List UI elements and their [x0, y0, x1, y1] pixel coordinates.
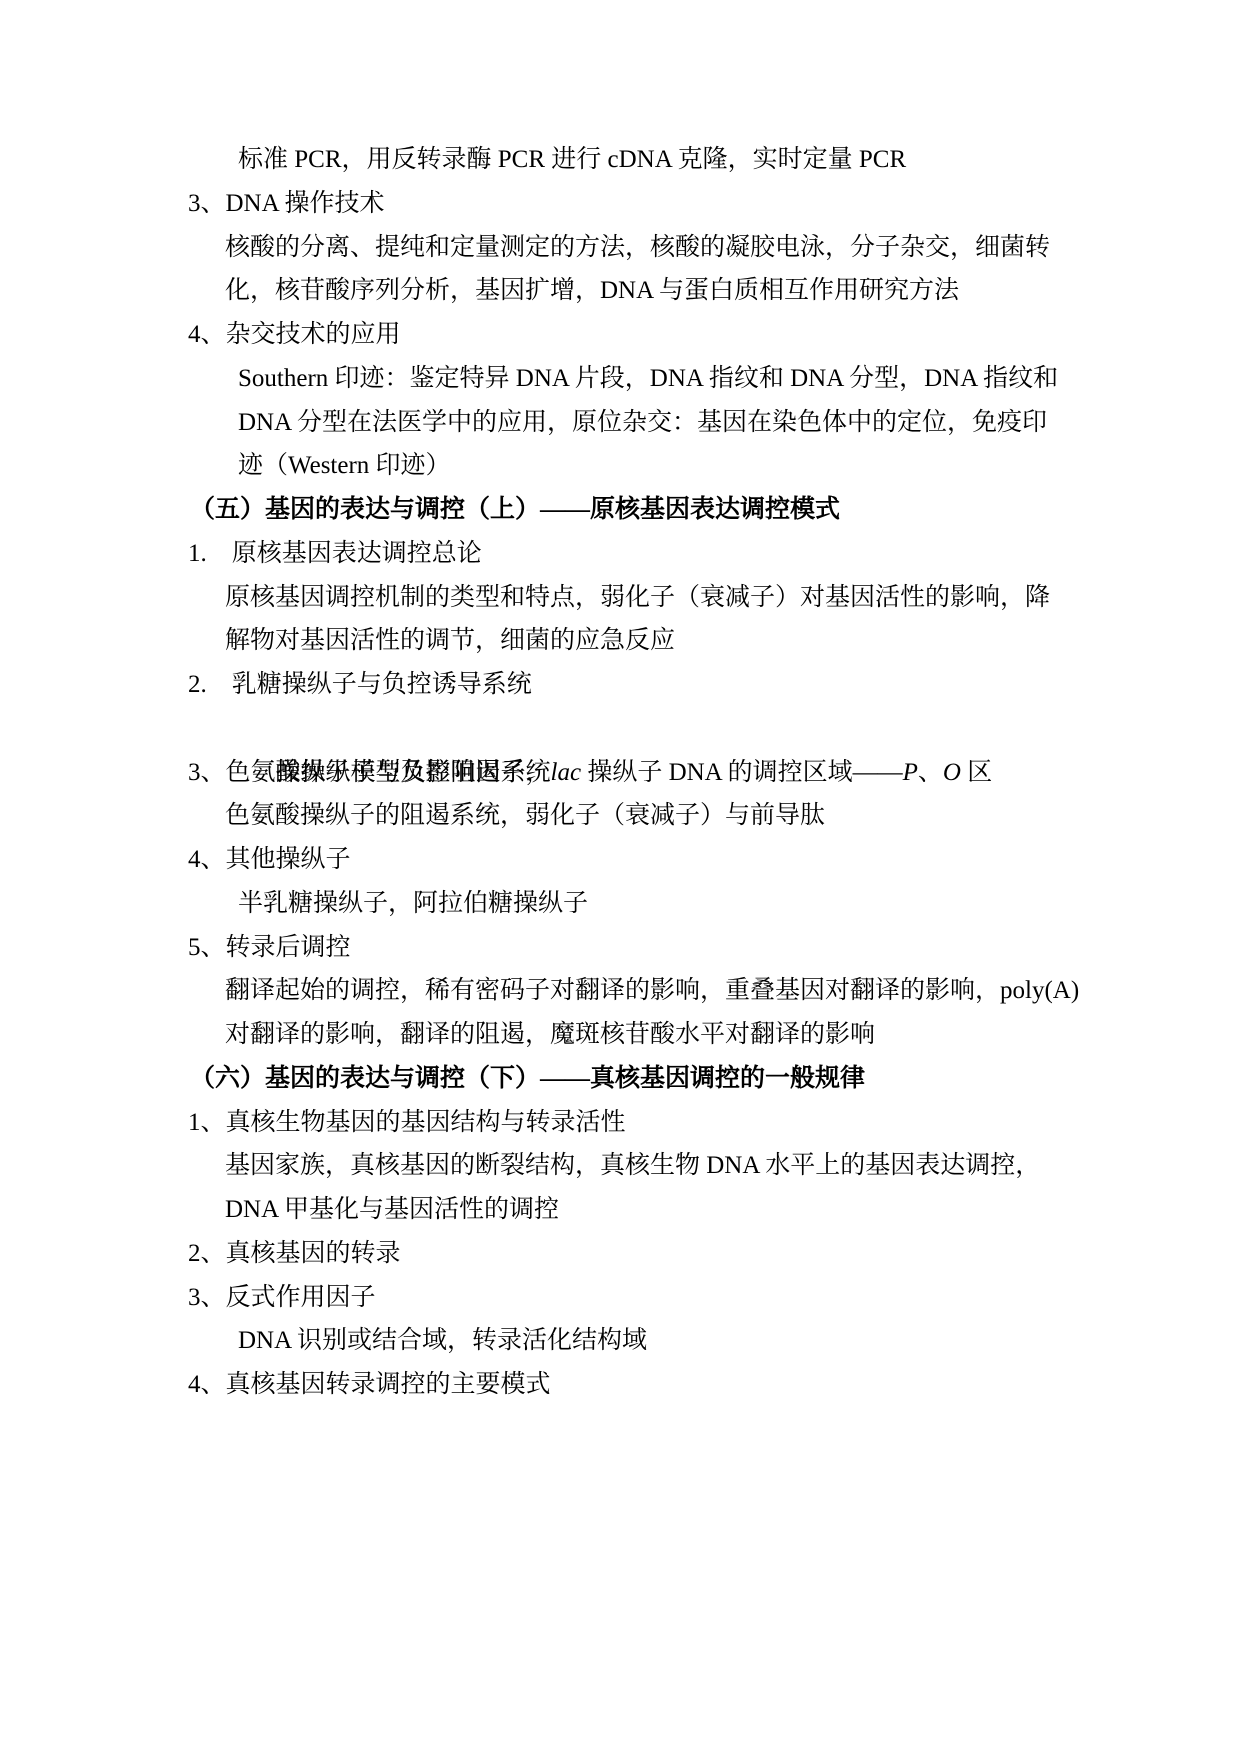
- outline-item: 3、DNA 操作技术: [0, 182, 1240, 226]
- outline-item: 2. 乳糖操纵子与负控诱导系统: [0, 663, 1240, 707]
- outline-item: 4、真核基因转录调控的主要模式: [0, 1363, 1240, 1407]
- doc-text: 、: [918, 759, 943, 786]
- doc-line: 操纵子模型及影响因子，lac 操纵子 DNA 的调控区域——P、O 区: [0, 707, 1240, 751]
- doc-line: 迹（Western 印迹）: [0, 444, 1240, 488]
- doc-line: DNA 甲基化与基因活性的调控: [0, 1188, 1240, 1232]
- outline-item: 3、反式作用因子: [0, 1276, 1240, 1320]
- doc-text: 区: [961, 759, 992, 786]
- doc-line: 半乳糖操纵子，阿拉伯糖操纵子: [0, 882, 1240, 926]
- outline-item: 5、转录后调控: [0, 926, 1240, 970]
- outline-item: 4、其他操纵子: [0, 838, 1240, 882]
- gene-symbol-o: O: [943, 759, 961, 786]
- outline-item: 2、真核基因的转录: [0, 1232, 1240, 1276]
- doc-line: 解物对基因活性的调节，细菌的应急反应: [0, 619, 1240, 663]
- doc-line: 原核基因调控机制的类型和特点，弱化子（衰减子）对基因活性的影响，降: [0, 576, 1240, 620]
- doc-line: 标准 PCR，用反转录酶 PCR 进行 cDNA 克隆，实时定量 PCR: [0, 138, 1240, 182]
- gene-symbol-lac: lac: [551, 759, 582, 786]
- doc-line: 翻译起始的调控，稀有密码子对翻译的影响，重叠基因对翻译的影响，poly(A): [0, 969, 1240, 1013]
- section-heading: （五）基因的表达与调控（上）——原核基因表达调控模式: [0, 488, 1240, 532]
- doc-line: Southern 印迹：鉴定特异 DNA 片段，DNA 指纹和 DNA 分型，D…: [0, 357, 1240, 401]
- document-page: 标准 PCR，用反转录酶 PCR 进行 cDNA 克隆，实时定量 PCR 3、D…: [0, 0, 1240, 1754]
- doc-line: DNA 分型在法医学中的应用，原位杂交：基因在染色体中的定位，免疫印: [0, 401, 1240, 445]
- outline-text-block: 标准 PCR，用反转录酶 PCR 进行 cDNA 克隆，实时定量 PCR 3、D…: [0, 138, 1240, 1407]
- gene-symbol-p: P: [903, 759, 918, 786]
- doc-line: 对翻译的影响，翻译的阻遏，魔斑核苷酸水平对翻译的影响: [0, 1013, 1240, 1057]
- doc-line: 色氨酸操纵子的阻遏系统，弱化子（衰减子）与前导肽: [0, 794, 1240, 838]
- doc-line: DNA 识别或结合域，转录活化结构域: [0, 1319, 1240, 1363]
- outline-item: 1、真核生物基因的基因结构与转录活性: [0, 1101, 1240, 1145]
- doc-line: 基因家族，真核基因的断裂结构，真核生物 DNA 水平上的基因表达调控，: [0, 1144, 1240, 1188]
- section-heading: （六）基因的表达与调控（下）——真核基因调控的一般规律: [0, 1057, 1240, 1101]
- doc-text: 操纵子 DNA 的调控区域——: [581, 759, 903, 786]
- outline-item: 1. 原核基因表达调控总论: [0, 532, 1240, 576]
- doc-line: 核酸的分离、提纯和定量测定的方法，核酸的凝胶电泳，分子杂交，细菌转: [0, 226, 1240, 270]
- outline-item: 4、杂交技术的应用: [0, 313, 1240, 357]
- doc-line: 化，核苷酸序列分析，基因扩增，DNA 与蛋白质相互作用研究方法: [0, 269, 1240, 313]
